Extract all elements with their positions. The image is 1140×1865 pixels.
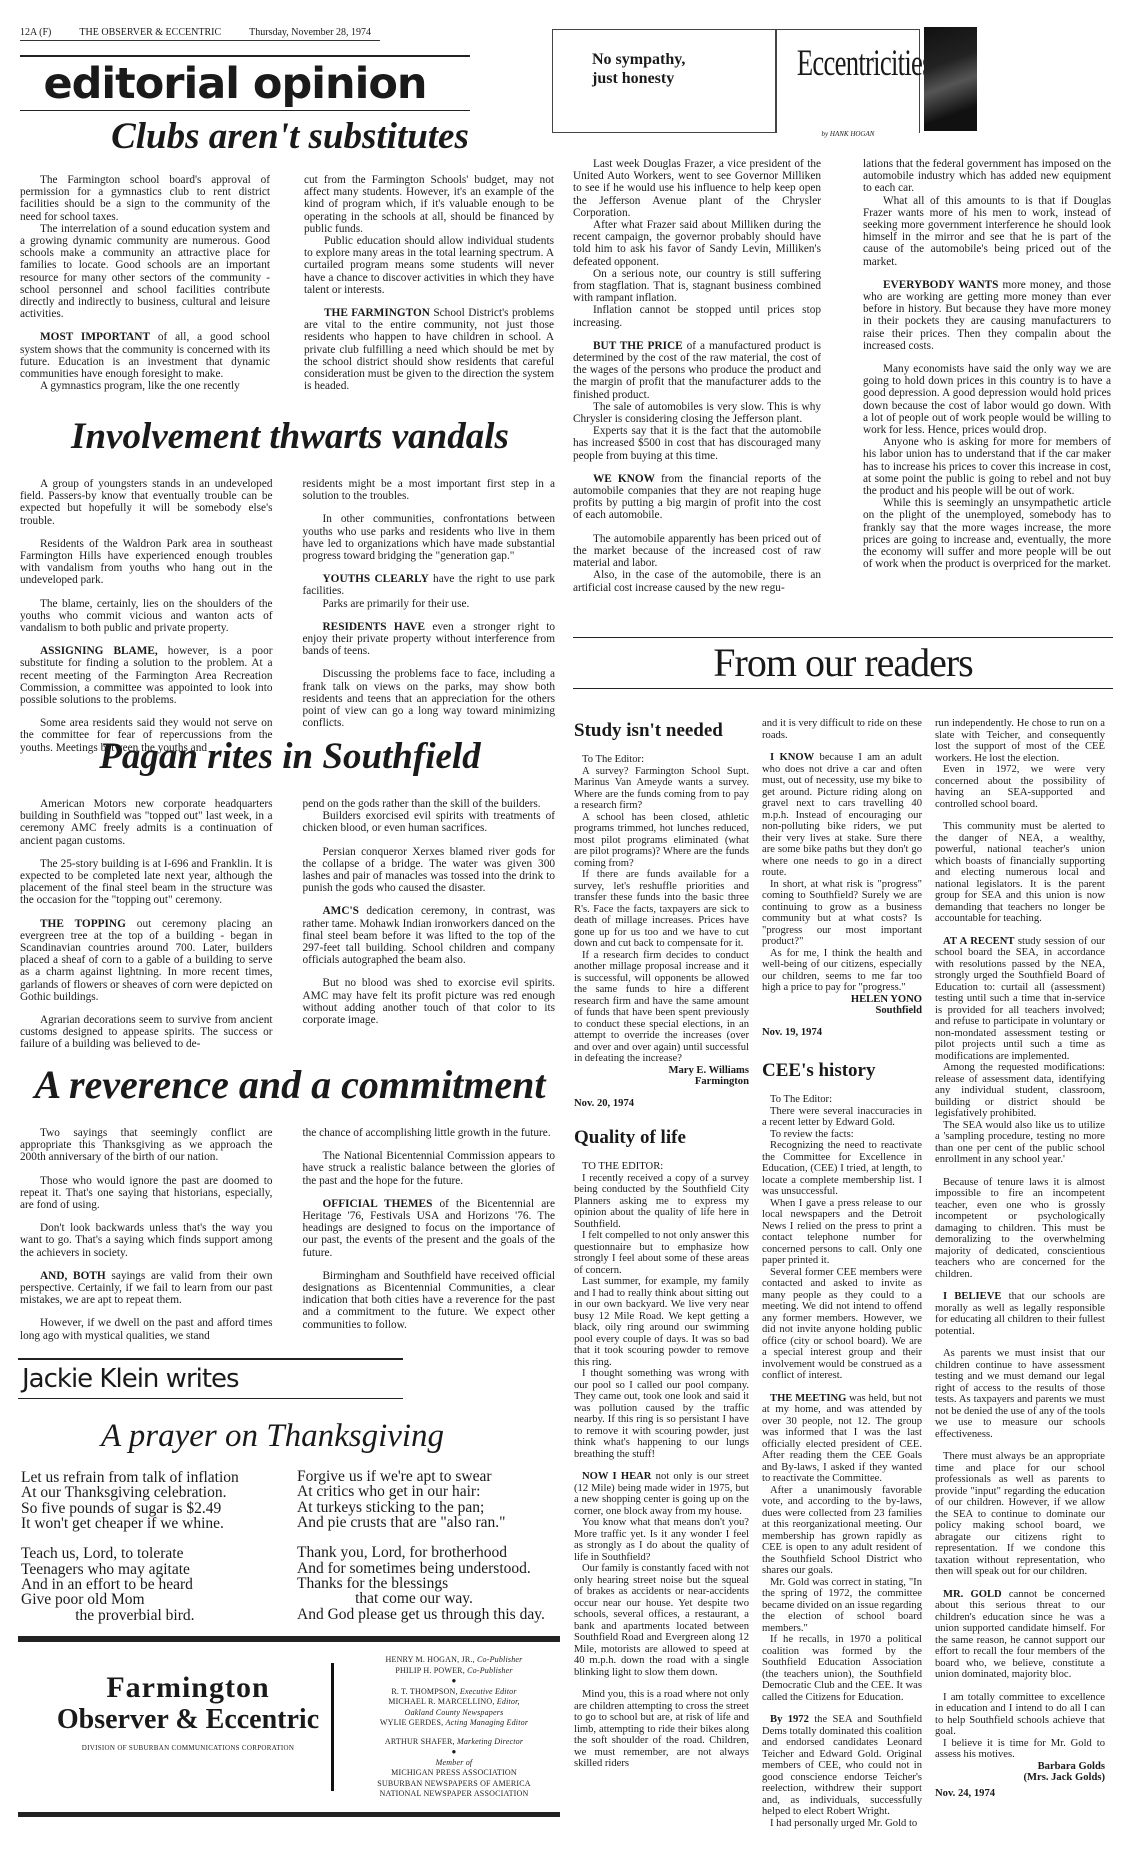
column-text-left: Last week Douglas Frazer, a vice preside… [573, 158, 821, 594]
paragraph: After what Frazer said about Milliken du… [573, 219, 821, 268]
paragraph: I am totally committee to excellence in … [935, 1692, 1105, 1738]
staff-entry: HENRY M. HOGAN, JR., Co-Publisher [348, 1655, 560, 1666]
page-folio: 12A (F) THE OBSERVER & ECCENTRIC Thursda… [20, 27, 380, 41]
poem-line: that come our way. [297, 1591, 557, 1606]
poem-line [297, 1530, 557, 1545]
paragraph: I believe it is time for Mr. Gold to ass… [935, 1738, 1105, 1761]
staff-entry: WYLIE GERDES, Acting Managing Editor [348, 1718, 560, 1729]
paragraph: I thought something was wrong with our p… [574, 1368, 749, 1460]
paragraph: ASSIGNING BLAME, however, is a poor subs… [20, 645, 273, 706]
paragraph: To The Editor: [762, 1094, 922, 1106]
letters-column-1: Study isn't needed To The Editor:A surve… [574, 718, 749, 1829]
staff-entry: PHILIP H. POWER, Co-Publisher [348, 1666, 560, 1677]
poem-line: At turkeys sticking to the pan; [297, 1500, 557, 1515]
member-label: Member of [436, 1758, 473, 1767]
paragraph: Our family is constantly faced with not … [574, 1563, 749, 1678]
paragraph: What all of this amounts to is that if D… [863, 195, 1111, 268]
paragraph: NOW I HEAR not only is our street (12 Mi… [574, 1471, 749, 1517]
poem-line: At our Thanksgiving celebration. [21, 1485, 281, 1500]
paragraph: MR. GOLD cannot be concerned about this … [935, 1589, 1105, 1681]
staff-entry: Oakland County Newspapers [348, 1708, 560, 1719]
paragraph: the chance of accomplishing little growt… [303, 1127, 556, 1139]
letter-date: Nov. 19, 1974 [762, 1027, 922, 1039]
divider [20, 55, 470, 57]
paragraph: AND, BOTH sayings are valid from their o… [20, 1270, 273, 1307]
poem-line [21, 1531, 281, 1546]
paragraph: RESIDENTS HAVE even a stronger right to … [303, 621, 556, 658]
byline: by HANK HOGAN [777, 130, 919, 138]
feature-logo-box: Eccentricities by HANK HOGAN [776, 29, 920, 133]
paragraph: If there are funds available for a surve… [574, 869, 749, 950]
editorial-clubs: Clubs aren't substitutes The Farmington … [0, 118, 560, 392]
paragraph: THE TOPPING out ceremony placing an ever… [20, 918, 273, 1003]
paragraph: I BELIEVE that our schools are morally a… [935, 1291, 1105, 1337]
editorial-headline: Involvement thwarts vandals [0, 418, 560, 462]
paragraph: But no blood was shed to exorcise evil s… [303, 977, 556, 1026]
paragraph: Agrarian decorations seem to survive fro… [20, 1014, 273, 1051]
masthead-division: DIVISION OF SUBURBAN COMMUNICATIONS CORP… [18, 1744, 358, 1752]
editorials: Clubs aren't substitutes The Farmington … [0, 118, 560, 392]
editorial-column-right: cut from the Farmington Schools' budget,… [304, 174, 554, 392]
bullet-icon: ● [348, 1747, 560, 1758]
paragraph: To review the facts: [762, 1129, 922, 1141]
paragraph: BUT THE PRICE of a manufactured product … [573, 340, 821, 401]
poem-line: And for sometimes being understood. [297, 1561, 557, 1576]
divider [18, 1398, 403, 1399]
poem-line: So five pounds of sugar is $2.49 [21, 1501, 281, 1516]
paragraph: The blame, certainly, lies on the should… [20, 598, 273, 635]
poem-line: the proverbial bird. [21, 1608, 281, 1623]
staff-entry: MICHAEL R. MARCELLINO, Editor, [348, 1697, 560, 1708]
letter-body: run independently. He chose to run on a … [935, 718, 1105, 1761]
staff-box: HENRY M. HOGAN, JR., Co-Publisher PHILIP… [348, 1655, 560, 1800]
poem-line: Teenagers who may agitate [21, 1562, 281, 1577]
editorial-column-right: the chance of accomplishing little growt… [303, 1127, 556, 1342]
letter-body: To The Editor:A survey? Farmington Schoo… [574, 754, 749, 1065]
paragraph: MOST IMPORTANT of all, a good school sys… [20, 331, 270, 380]
divider [18, 1358, 403, 1360]
letters-column-2: and it is very difficult to ride on thes… [762, 718, 922, 1829]
paragraph: In short, at what risk is "progress" com… [762, 879, 922, 948]
letter-body: and it is very difficult to ride on thes… [762, 718, 922, 994]
paragraph: As for me, I think the health and well-b… [762, 948, 922, 994]
author-photo [924, 27, 977, 131]
letter-date: Nov. 24, 1974 [935, 1788, 1105, 1800]
issue-date: Thursday, November 28, 1974 [249, 27, 371, 38]
paragraph: While this is seemingly an unsympathetic… [863, 497, 1111, 570]
paragraph: Anyone who is asking for more for member… [863, 436, 1111, 497]
paragraph: OFFICIAL THEMES of the Bicentennial are … [303, 1198, 556, 1259]
paragraph: AT A RECENT study session of our school … [935, 936, 1105, 1063]
paragraph: Residents of the Waldron Park area in so… [20, 538, 273, 587]
paragraph: I felt compelled to not only answer this… [574, 1230, 749, 1276]
paragraph: Persian conqueror Xerxes blamed river go… [303, 846, 556, 895]
membership: NATIONAL NEWSPAPER ASSOCIATION [348, 1789, 560, 1800]
bullet-icon: ● [348, 1676, 560, 1687]
paragraph: Experts say that it is the fact that the… [573, 425, 821, 462]
masthead-logo: Farmington Observer & Eccentric DIVISION… [18, 1642, 358, 1812]
paragraph: The automobile apparently has been price… [573, 533, 821, 570]
poem-line: Teach us, Lord, to tolerate [21, 1546, 281, 1561]
paragraph: There must always be an appropriate time… [935, 1451, 1105, 1578]
editorial-column-left: American Motors new corporate headquarte… [20, 798, 273, 1051]
staff-entry: ARTHUR SHAFER, Marketing Director [348, 1737, 560, 1748]
poem-line: And God please get us through this day. [297, 1607, 557, 1622]
paragraph: There were several inaccuracies in a rec… [762, 1106, 922, 1129]
letter-signature-2: (Mrs. Jack Golds) [935, 1772, 1105, 1784]
poem-line: And in an effort to be heard [21, 1577, 281, 1592]
paragraph: AMC'S dedication ceremony, in contrast, … [303, 905, 556, 966]
paragraph: When I gave a press release to our local… [762, 1198, 922, 1267]
poem-line: Forgive us if we're apt to swear [297, 1469, 557, 1484]
paragraph: Parks are primarily for their use. [303, 598, 556, 610]
letter-signature: Barbara Golds [935, 1761, 1105, 1773]
editorial-column-left: Two sayings that seemingly conflict are … [20, 1127, 273, 1342]
membership: SUBURBAN NEWSPAPERS OF AMERICA [348, 1779, 560, 1790]
letter-signature: Mary E. Williams [574, 1065, 749, 1077]
letter-body: To The Editor:There were several inaccur… [762, 1094, 922, 1829]
paragraph: The 25-story building is at I-696 and Fr… [20, 858, 273, 907]
paragraph: A survey? Farmington School Supt. Marinu… [574, 766, 749, 812]
paragraph: The SEA would also like us to utilize a … [935, 1120, 1105, 1166]
feature-name: Eccentricities [797, 42, 899, 85]
paragraph: YOUTHS CLEARLY have the right to use par… [303, 573, 556, 597]
letter-date: Nov. 20, 1974 [574, 1098, 749, 1110]
paragraph: After a unanimously favorable vote, and … [762, 1485, 922, 1577]
paragraph: If he recalls, in 1970 a political coali… [762, 1634, 922, 1703]
letter-title: Quality of life [574, 1127, 749, 1149]
paragraph: Even in 1972, we were very concerned abo… [935, 764, 1105, 810]
poem-line: Thank you, Lord, for brotherhood [297, 1545, 557, 1560]
paragraph: run independently. He chose to run on a … [935, 718, 1105, 764]
masthead-line2: Observer & Eccentric [18, 1704, 358, 1736]
paragraph: A group of youngsters stands in an undev… [20, 478, 273, 527]
poem-line: At critics who get in our hair: [297, 1484, 557, 1499]
paragraph: residents might be a most important firs… [303, 478, 556, 502]
letter-title: Study isn't needed [574, 720, 749, 742]
paragraph: Among the requested modifications: relea… [935, 1062, 1105, 1120]
paragraph: Public education should allow individual… [304, 235, 554, 296]
paragraph: In other communities, confrontations bet… [303, 513, 556, 562]
paragraph: Discussing the problems face to face, in… [303, 668, 556, 729]
poem-line: Thanks for the blessings [297, 1576, 557, 1591]
paragraph: Last week Douglas Frazer, a vice preside… [573, 158, 821, 219]
poem-line: And pie crusts that are "also ran." [297, 1515, 557, 1530]
column-title-box: No sympathy, just honesty [552, 29, 776, 133]
membership: MICHIGAN PRESS ASSOCIATION [348, 1768, 560, 1779]
paragraph: Last summer, for example, my family and … [574, 1276, 749, 1368]
paragraph: Also, in the case of the automobile, the… [573, 569, 821, 593]
paragraph: EVERYBODY WANTS more money, and those wh… [863, 279, 1111, 352]
letter-signature: HELEN YONO [762, 994, 922, 1006]
paragraph: Two sayings that seemingly conflict are … [20, 1127, 273, 1164]
paragraph: I KNOW because I am an adult who does no… [762, 752, 922, 879]
paragraph: If a research firm decides to conduct an… [574, 950, 749, 1065]
paragraph: THE MEETING was held, but not at my home… [762, 1393, 922, 1485]
editorial-column-right: pend on the gods rather than the skill o… [303, 798, 556, 1051]
letter-place: Southfield [762, 1005, 922, 1017]
readers-section-title: From our readers [573, 640, 1113, 686]
paragraph: pend on the gods rather than the skill o… [303, 798, 556, 810]
paragraph: A school has been closed, athletic progr… [574, 812, 749, 870]
paragraph: TO THE EDITOR: [574, 1161, 749, 1173]
poem-line: It won't get cheaper if we whine. [21, 1516, 281, 1531]
paragraph: Inflation cannot be stopped until prices… [573, 304, 821, 328]
editorial-column-left: The Farmington school board's approval o… [20, 174, 270, 392]
paragraph: WE KNOW from the financial reports of th… [573, 473, 821, 522]
editorial-headline: A reverence and a commitment [0, 1065, 560, 1113]
editorial-reverence: A reverence and a commitment Two sayings… [0, 1065, 560, 1342]
paragraph: A gymnastics program, like the one recen… [20, 380, 270, 392]
paragraph: and it is very difficult to ride on thes… [762, 718, 922, 741]
paragraph: Several former CEE members were contacte… [762, 1267, 922, 1382]
poem-title: A prayer on Thanksgiving [20, 1420, 525, 1453]
divider [18, 1812, 560, 1817]
poem-line: Give poor old Mom [21, 1592, 281, 1607]
paragraph: Don't look backwards unless that's the w… [20, 1222, 273, 1259]
staff-entry: R. T. THOMPSON, Executive Editor [348, 1687, 560, 1698]
divider [20, 110, 470, 111]
paragraph: I recently received a copy of a survey b… [574, 1173, 749, 1231]
paragraph: As parents we must insist that our child… [935, 1348, 1105, 1440]
paragraph: To The Editor: [574, 754, 749, 766]
letter-title: CEE's history [762, 1060, 922, 1082]
page-number: 12A (F) [20, 27, 51, 38]
paragraph: I had personally urged Mr. Gold to [762, 1818, 922, 1830]
paragraph: The sale of automobiles is very slow. Th… [573, 401, 821, 425]
editorial-column-right: residents might be a most important firs… [303, 478, 556, 754]
paragraph: Many economists have said the only way w… [863, 363, 1111, 436]
paragraph: By 1972 the SEA and Southfield Dems tota… [762, 1714, 922, 1818]
letter-body: TO THE EDITOR:I recently received a copy… [574, 1161, 749, 1770]
letters-column-3: run independently. He chose to run on a … [935, 718, 1105, 1829]
paragraph: Recognizing the need to reactivate the C… [762, 1140, 922, 1198]
letter-place: Farmington [574, 1076, 749, 1088]
paragraph: You know what that means don't you? More… [574, 1517, 749, 1563]
paragraph: However, if we dwell on the past and aff… [20, 1317, 273, 1341]
paragraph: Those who would ignore the past are doom… [20, 1175, 273, 1212]
poem-line: Let us refrain from talk of inflation [21, 1470, 281, 1485]
paragraph: The interrelation of a sound education s… [20, 223, 270, 321]
paragraph: Birmingham and Southfield have received … [303, 1270, 556, 1331]
poem-left-stanzas: Let us refrain from talk of inflationAt … [21, 1470, 281, 1623]
paragraph: The Farmington school board's approval o… [20, 174, 270, 223]
editorial-headline: Clubs aren't substitutes [0, 118, 560, 162]
column-text-right: lations that the federal government has … [863, 158, 1111, 594]
paragraph: Mind you, this is a road where not only … [574, 1689, 749, 1770]
masthead-line1: Farmington [18, 1672, 358, 1704]
paragraph: lations that the federal government has … [863, 158, 1111, 195]
column-body: Last week Douglas Frazer, a vice preside… [573, 158, 1128, 594]
paragraph: Mr. Gold was correct in stating, "In the… [762, 1577, 922, 1635]
paragraph: The National Bicentennial Commission app… [303, 1150, 556, 1187]
divider [573, 637, 1113, 638]
paper-name: THE OBSERVER & ECCENTRIC [79, 27, 221, 38]
paragraph: Builders exorcised evil spirits with tre… [303, 810, 556, 834]
section-title: editorial opinion [0, 58, 470, 110]
editorial-vandals: Involvement thwarts vandals A group of y… [0, 418, 560, 754]
paragraph: THE FARMINGTON School District's problem… [304, 307, 554, 392]
editorial-headline: Pagan rites in Southfield [0, 738, 560, 782]
column-title: No sympathy, just honesty [592, 50, 685, 88]
letters: Study isn't needed To The Editor:A surve… [574, 718, 1134, 1829]
paragraph: cut from the Farmington Schools' budget,… [304, 174, 554, 235]
paragraph: On a serious note, our country is still … [573, 268, 821, 305]
divider [573, 688, 1113, 689]
paragraph: American Motors new corporate headquarte… [20, 798, 273, 847]
divider [331, 1663, 334, 1791]
paragraph: Because of tenure laws it is almost impo… [935, 1177, 1105, 1281]
editorial-pagan-rites: Pagan rites in Southfield American Motor… [0, 738, 560, 1051]
paragraph: This community must be alerted to the da… [935, 821, 1105, 925]
poem-right-stanzas: Forgive us if we're apt to swearAt criti… [297, 1469, 557, 1622]
column-header: Jackie Klein writes [22, 1364, 239, 1394]
editorial-column-left: A group of youngsters stands in an undev… [20, 478, 273, 754]
